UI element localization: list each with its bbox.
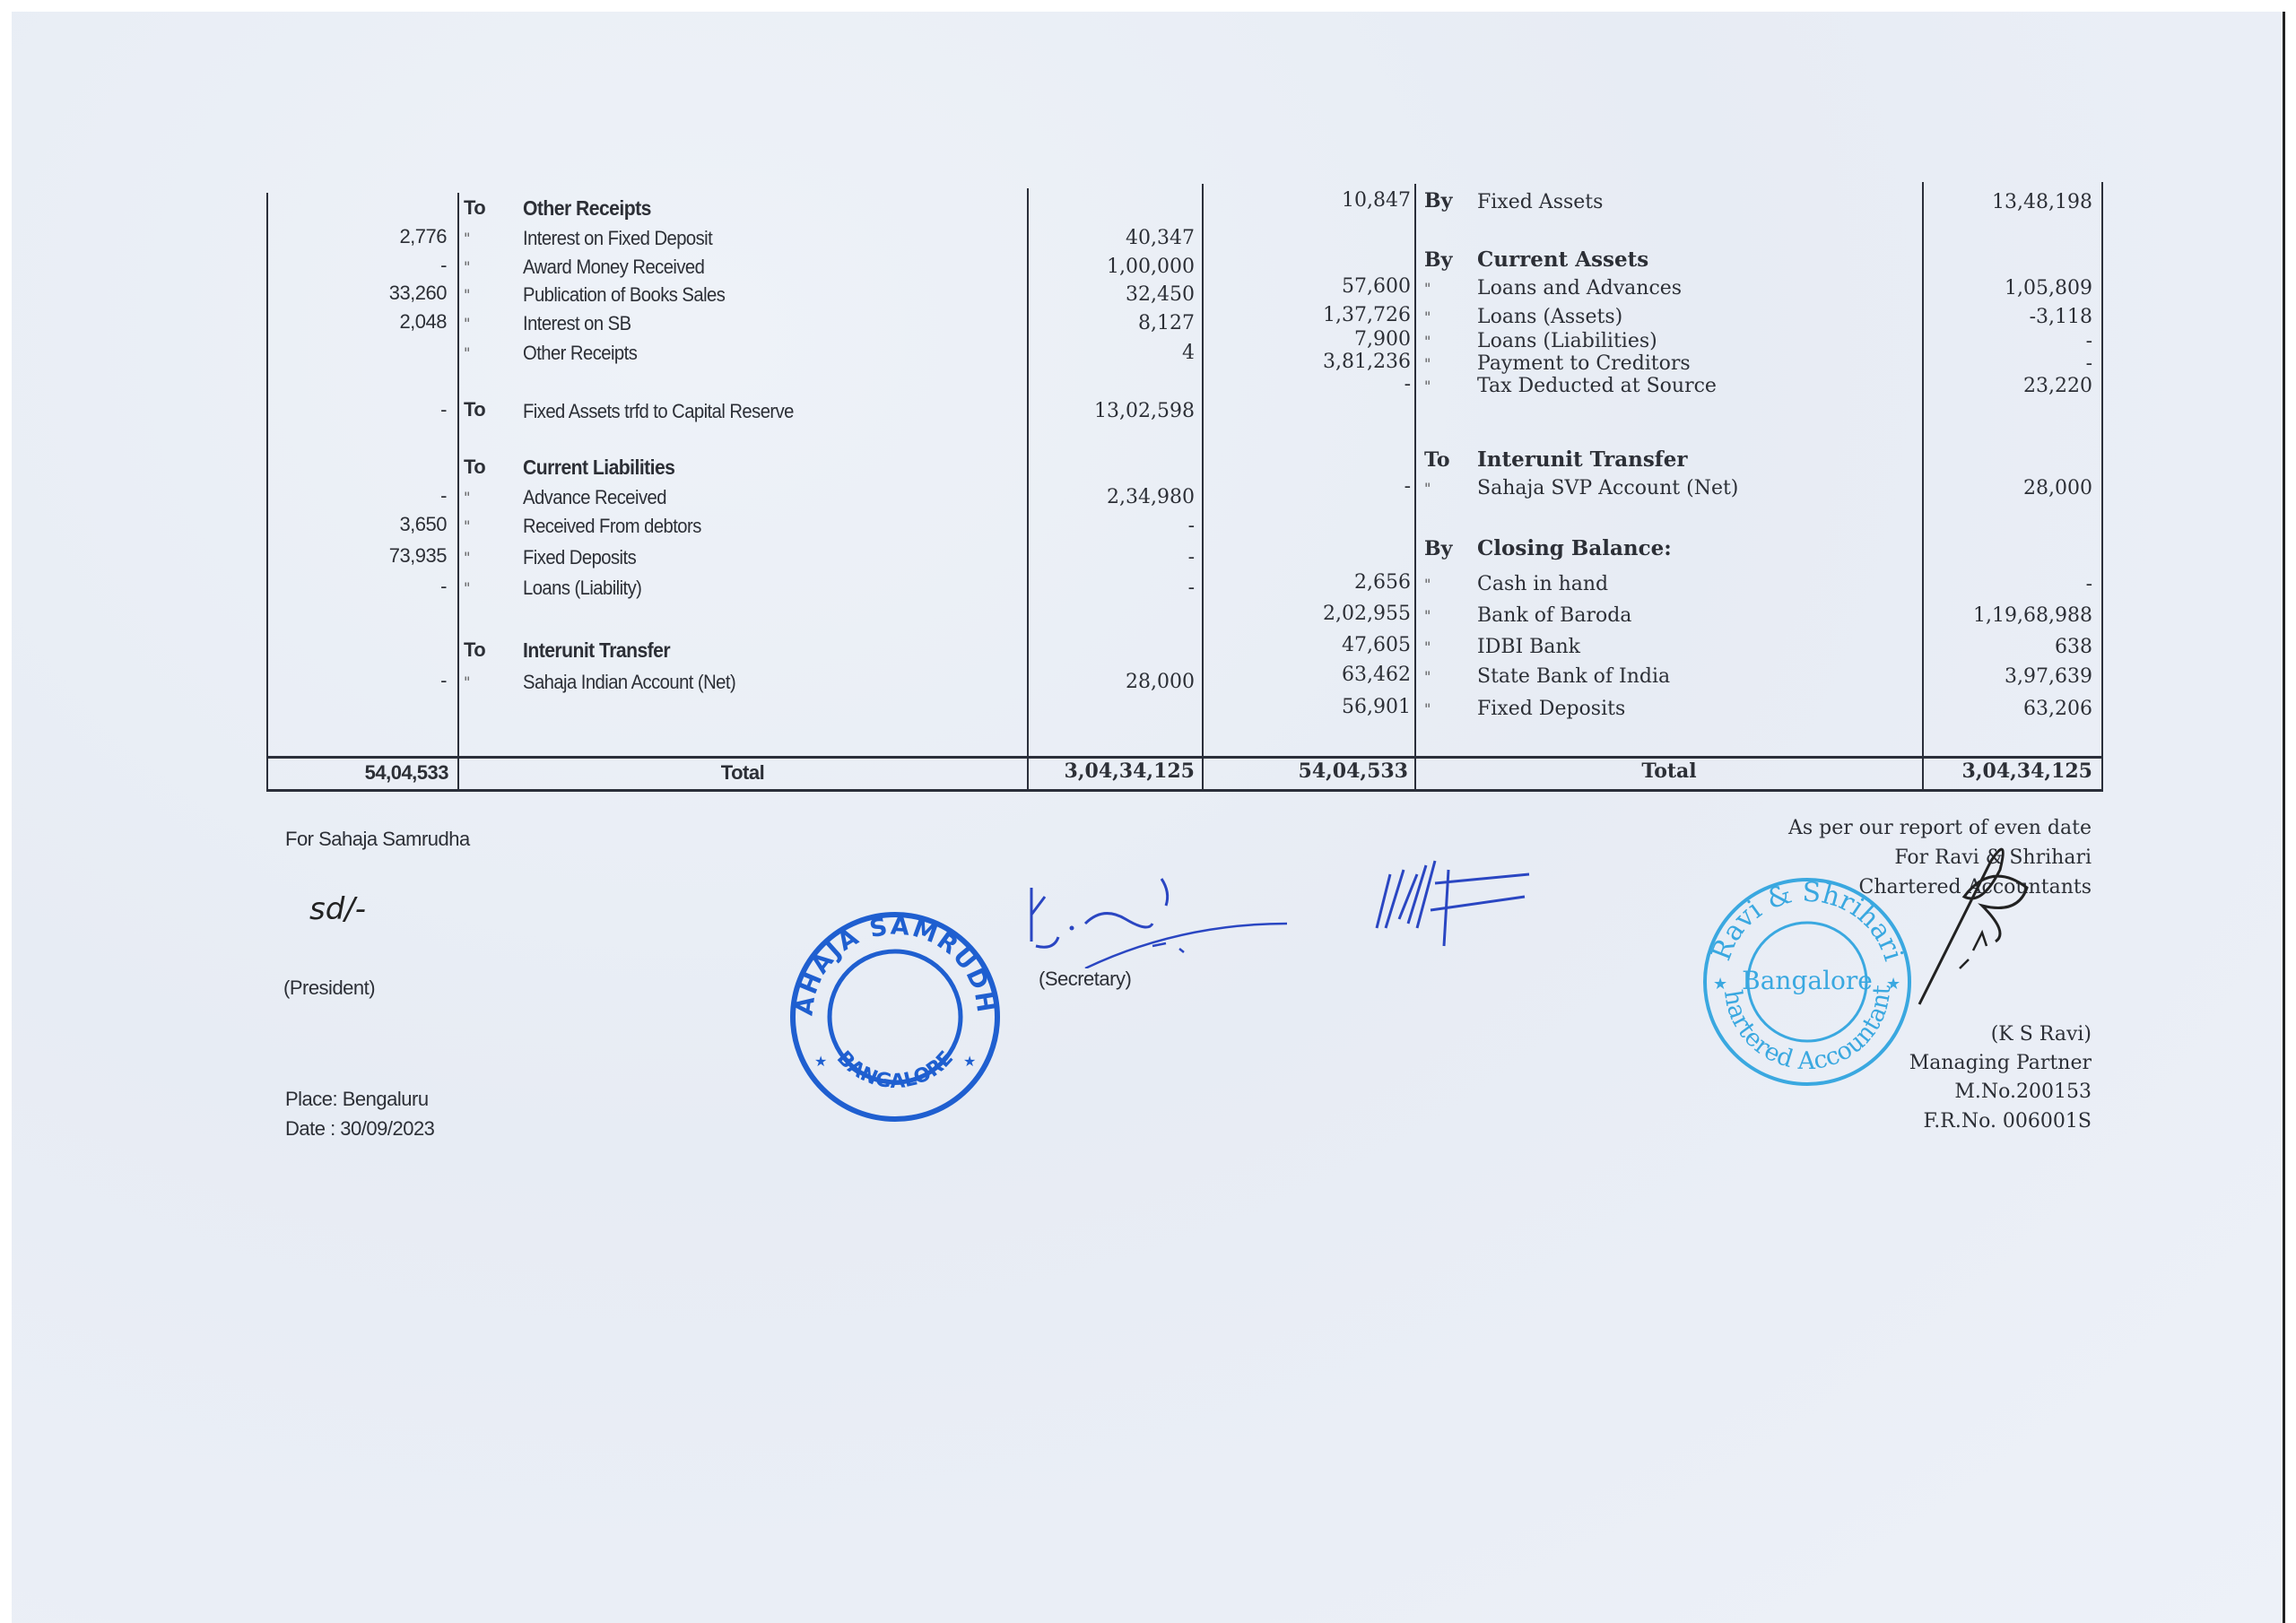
row-prefix: " bbox=[1424, 276, 1431, 301]
row-current: 2,34,980 bbox=[1031, 485, 1195, 510]
left-total-label: Total bbox=[459, 759, 1026, 786]
row-current: 1,05,809 bbox=[1926, 276, 2092, 301]
row-current: - bbox=[1031, 576, 1195, 601]
row-current: 40,347 bbox=[1031, 226, 1195, 251]
row-label: Publication of Books Sales bbox=[523, 282, 725, 308]
row-prefix: " bbox=[1424, 305, 1431, 330]
row-label: Fixed Deposits bbox=[523, 545, 636, 570]
row-label: Loans and Advances bbox=[1477, 276, 1682, 301]
row-prefix: " bbox=[1424, 572, 1431, 597]
row-prev: 3,650 bbox=[278, 512, 447, 537]
row-label: Other Receipts bbox=[523, 341, 637, 366]
president-signature: sd/- bbox=[309, 897, 366, 922]
auditor-signature bbox=[1910, 834, 2054, 1013]
row-prev: 2,02,955 bbox=[1206, 602, 1411, 627]
row-label: Interunit Transfer bbox=[523, 638, 670, 663]
row-current: - bbox=[1031, 514, 1195, 539]
svg-text:★: ★ bbox=[963, 1053, 976, 1070]
row-prefix: By bbox=[1424, 247, 1452, 273]
auditor-membership-no: M.No.200153 bbox=[1954, 1080, 2092, 1105]
row-prev: 56,901 bbox=[1206, 695, 1411, 720]
row-current: 28,000 bbox=[1031, 670, 1195, 695]
row-label: Award Money Received bbox=[523, 255, 704, 280]
row-prefix: To bbox=[464, 455, 485, 480]
row-label: Closing Balance: bbox=[1477, 536, 1672, 561]
row-current: 28,000 bbox=[1926, 476, 2092, 501]
org-stamp-seal-icon: SAHAJA SAMRUDHA BANGALORE ★ ★ bbox=[787, 909, 1003, 1124]
auditor-firm-reg-no: F.R.No. 006001S bbox=[1923, 1109, 2092, 1134]
row-prev: - bbox=[278, 574, 447, 599]
row-label: Bank of Baroda bbox=[1477, 603, 1631, 629]
row-prev: - bbox=[278, 397, 447, 422]
auditor-partner-title: Managing Partner bbox=[1909, 1051, 2092, 1076]
row-prefix: " bbox=[464, 514, 470, 539]
auditor-stamp: Ravi & Shrihari Chartered Accountants Ba… bbox=[1700, 874, 1915, 1089]
row-current: 23,220 bbox=[1926, 374, 2092, 399]
row-prev: 73,935 bbox=[278, 543, 447, 568]
row-prev: 33,260 bbox=[278, 281, 447, 306]
row-prefix: " bbox=[1424, 603, 1431, 629]
row-current: 4 bbox=[1031, 341, 1195, 366]
row-label: Interest on SB bbox=[523, 311, 631, 336]
right-total-label: Total bbox=[1417, 758, 1921, 785]
row-prefix: By bbox=[1424, 188, 1452, 213]
row-prev: 10,847 bbox=[1206, 188, 1411, 213]
row-label: Fixed Deposits bbox=[1477, 697, 1625, 722]
row-prev: - bbox=[278, 483, 447, 508]
row-prefix: " bbox=[1424, 635, 1431, 660]
treasurer-signature bbox=[1368, 856, 1547, 955]
date-label: Date : 30/09/2023 bbox=[285, 1116, 434, 1141]
signature-icon bbox=[1368, 856, 1547, 955]
row-prefix: To bbox=[464, 638, 485, 663]
total-row-bottom-rule bbox=[266, 789, 2103, 792]
row-label: Interest on Fixed Deposit bbox=[523, 226, 712, 251]
row-prefix: To bbox=[1424, 447, 1450, 473]
row-prefix: " bbox=[464, 282, 470, 308]
row-label: Tax Deducted at Source bbox=[1477, 374, 1717, 399]
right-total-current: 3,04,34,125 bbox=[1926, 758, 2092, 785]
svg-text:SAHAJA SAMRUDHA: SAHAJA SAMRUDHA bbox=[787, 909, 1000, 1017]
svg-text:BANGALORE: BANGALORE bbox=[832, 1047, 958, 1093]
svg-text:★: ★ bbox=[1713, 975, 1727, 994]
row-label: Received From debtors bbox=[523, 514, 701, 539]
row-prefix: " bbox=[464, 545, 470, 570]
row-prefix: " bbox=[1424, 329, 1431, 354]
signature-icon bbox=[1018, 870, 1359, 968]
col-divider-right-amount bbox=[1922, 182, 1924, 791]
row-current: 13,48,198 bbox=[1926, 190, 2092, 215]
row-label: Payment to Creditors bbox=[1477, 352, 1691, 377]
row-prefix: " bbox=[464, 670, 470, 695]
svg-text:★: ★ bbox=[814, 1053, 827, 1070]
secretary-signature bbox=[1018, 870, 1359, 968]
row-prefix: " bbox=[464, 341, 470, 366]
row-current: 63,206 bbox=[1926, 697, 2092, 722]
row-current: -3,118 bbox=[1926, 305, 2092, 330]
row-current: 32,450 bbox=[1031, 282, 1195, 308]
row-label: Loans (Assets) bbox=[1477, 305, 1622, 330]
row-prefix: " bbox=[1424, 374, 1431, 399]
row-label: Fixed Assets bbox=[1477, 190, 1603, 215]
row-prefix: To bbox=[464, 397, 485, 422]
svg-text:★: ★ bbox=[1886, 975, 1900, 994]
place-label: Place: Bengaluru bbox=[285, 1087, 429, 1112]
row-prev: 7,900 bbox=[1206, 327, 1411, 352]
left-total-prev: 54,04,533 bbox=[278, 759, 448, 786]
row-current: 3,97,639 bbox=[1926, 664, 2092, 690]
row-prefix: " bbox=[1424, 476, 1431, 501]
org-signatory-line: For Sahaja Samrudha bbox=[285, 827, 470, 852]
row-label: IDBI Bank bbox=[1477, 635, 1580, 660]
row-prev: 2,656 bbox=[1206, 570, 1411, 595]
row-current: 638 bbox=[1926, 635, 2092, 660]
row-prefix: By bbox=[1424, 536, 1452, 561]
org-stamp: SAHAJA SAMRUDHA BANGALORE ★ ★ bbox=[787, 909, 1003, 1124]
row-prefix: " bbox=[1424, 697, 1431, 722]
row-prev: 2,048 bbox=[278, 309, 447, 334]
row-label: Loans (Liability) bbox=[523, 576, 641, 601]
table-border-right bbox=[2101, 182, 2103, 789]
row-label: Loans (Liabilities) bbox=[1477, 329, 1657, 354]
president-label: (President) bbox=[283, 976, 375, 1001]
row-prev: - bbox=[278, 253, 447, 278]
row-label: Advance Received bbox=[523, 485, 666, 510]
row-prev: 3,81,236 bbox=[1206, 350, 1411, 375]
row-prefix: " bbox=[464, 485, 470, 510]
row-prev: 1,37,726 bbox=[1206, 303, 1411, 328]
row-current: 1,19,68,988 bbox=[1926, 603, 2092, 629]
row-label: Current Liabilities bbox=[523, 455, 674, 480]
row-prev: - bbox=[1206, 474, 1411, 499]
right-total-prev: 54,04,533 bbox=[1206, 758, 1408, 785]
row-prev: 47,605 bbox=[1206, 633, 1411, 658]
row-prev: - bbox=[1206, 372, 1411, 397]
svg-text:Ravi & Shrihari: Ravi & Shrihari bbox=[1706, 877, 1909, 965]
auditor-stamp-seal-icon: Ravi & Shrihari Chartered Accountants Ba… bbox=[1700, 874, 1915, 1089]
row-label: Other Receipts bbox=[523, 195, 651, 221]
row-prefix: " bbox=[464, 255, 470, 280]
row-current: - bbox=[1031, 545, 1195, 570]
row-current: 1,00,000 bbox=[1031, 255, 1195, 280]
col-divider-left-prev bbox=[457, 193, 459, 791]
row-current: - bbox=[1926, 329, 2092, 354]
row-prefix: " bbox=[464, 226, 470, 251]
secretary-label: (Secretary) bbox=[1039, 967, 1131, 992]
left-total-current: 3,04,34,125 bbox=[1031, 758, 1195, 785]
auditor-partner-name: (K S Ravi) bbox=[1991, 1022, 2092, 1047]
row-prev: 63,462 bbox=[1206, 663, 1411, 688]
svg-text:Bangalore: Bangalore bbox=[1742, 966, 1873, 995]
col-divider-middle bbox=[1202, 184, 1204, 791]
row-label: State Bank of India bbox=[1477, 664, 1670, 690]
row-prefix: " bbox=[1424, 664, 1431, 690]
row-label: Sahaja SVP Account (Net) bbox=[1477, 476, 1738, 501]
row-current: - bbox=[1926, 352, 2092, 377]
row-prefix: " bbox=[464, 576, 470, 601]
row-current: 8,127 bbox=[1031, 311, 1195, 336]
row-label: Fixed Assets trfd to Capital Reserve bbox=[523, 399, 794, 424]
row-current: 13,02,598 bbox=[1031, 399, 1195, 424]
row-label: Interunit Transfer bbox=[1477, 447, 1687, 473]
row-prev: 2,776 bbox=[278, 224, 447, 249]
row-label: Current Assets bbox=[1477, 247, 1648, 273]
row-prefix: " bbox=[464, 311, 470, 336]
row-prev: - bbox=[278, 668, 447, 693]
table-border-left bbox=[266, 193, 268, 791]
row-prefix: " bbox=[1424, 352, 1431, 377]
row-prev: 57,600 bbox=[1206, 274, 1411, 299]
row-prefix: To bbox=[464, 195, 485, 221]
signature-icon bbox=[1910, 834, 2054, 1013]
col-divider-right-prev bbox=[1414, 184, 1416, 791]
col-divider-left-amount bbox=[1027, 188, 1029, 791]
row-current: - bbox=[1926, 572, 2092, 597]
row-label: Cash in hand bbox=[1477, 572, 1608, 597]
row-label: Sahaja Indian Account (Net) bbox=[523, 670, 735, 695]
